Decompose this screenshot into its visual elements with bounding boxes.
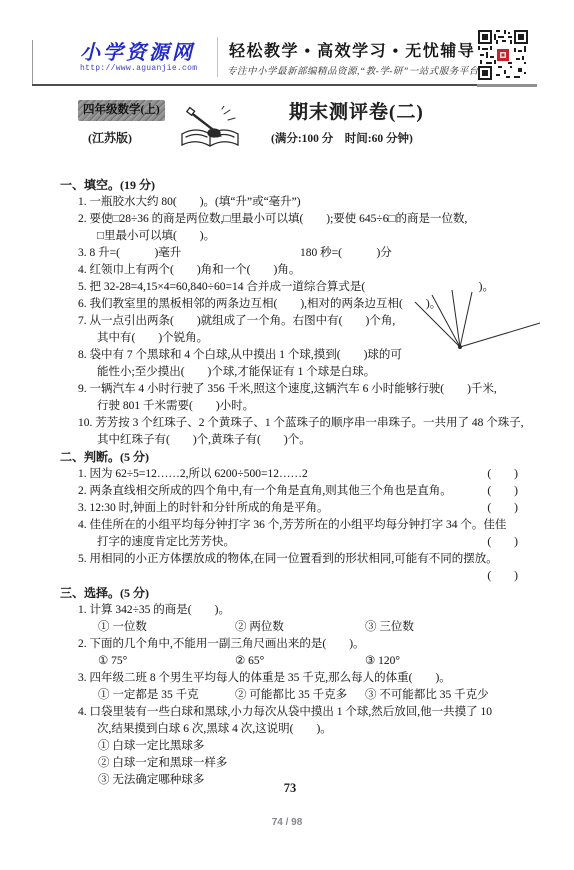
option-row: ① 一位数 ② 两位数 ③ 三位数 [60,619,520,636]
pagination-indicator: 74 / 98 [0,817,574,828]
section-heading-judge: 二、判断。(5 分) [60,449,520,466]
question-line: 其中有( )个锐角。 [60,330,520,347]
answer-paren: ( ) [487,466,520,483]
header-subline: 专注中小学最新部编精品资源,“教-学-研”一站式服务平台! [227,63,482,77]
question-line: 1. 因为 62÷5=12……2,所以 6200÷500=12……2 ( ) [60,466,520,483]
question-line: 次,结果摸到白球 6 次,黑球 4 次,这说明( )。 [60,721,520,738]
question-text: 3. 8 升=( )毫升 [78,247,181,259]
question-line: 1. 计算 342÷35 的商是( )。 [60,602,520,619]
section-heading-fill: 一、填空。(19 分) [60,177,520,194]
header-divider [217,37,218,77]
paper-body: 一、填空。(19 分) 1. 一瓶胶水大约 80( )。(填“升”或“毫升”) … [60,177,520,789]
option: ③ 三位数 [365,619,414,636]
question-line: 5. 把 32-28=4,15×4=60,840÷60=14 合并成一道综合算式… [60,279,520,296]
qr-code-icon [478,30,528,80]
section-heading-choice: 三、选择。(5 分) [60,585,520,602]
question-line: 3. 12:30 时,钟面上的时针和分针所成的角是平角。 ( ) [60,500,520,517]
exam-meta: (满分:100 分 时间:60 分钟) [271,130,413,146]
question-text: 3. 12:30 时,钟面上的时针和分针所成的角是平角。 [78,500,328,517]
question-line: 10. 芳芳按 3 个红珠子、2 个黄珠子、1 个蓝珠子的顺序串一串珠子。一共用… [60,415,520,432]
question-line: 4. 口袋里装有一些白球和黑球,小力每次从袋中摸出 1 个球,然后放回,他一共摸… [60,704,520,721]
option: ③ 不可能都比 35 千克少 [365,687,489,704]
question-line: 2. 要使□28÷36 的商是两位数,□里最小可以填( );要使 645÷6□的… [60,211,520,228]
question-line: 其中红珠子有( )个,黄珠子有( )个。 [60,432,520,449]
header-rule-accent [477,84,537,87]
site-url: http://www.aguanjie.com [80,64,197,73]
edition-label: (江苏版) [88,129,132,146]
question-text: 打字的速度肯定比芳芳快。 [97,534,235,551]
question-line: 3. 8 升=( )毫升 180 秒=( )分 [60,245,520,262]
answer-paren: ( ) [487,568,520,585]
answer-paren: ( ) [487,500,520,517]
answer-paren: ( ) [487,483,520,500]
option: ② 白球一定和黑球一样多 [60,755,520,772]
page-number: 73 [60,781,520,796]
question-line: 打字的速度肯定比芳芳快。 ( ) [60,534,520,551]
question-text: 2. 两条直线相交所成的四个角中,有一个角是直角,则其他三个角也是直角。 [78,483,452,500]
option: ① 白球一定比黑球多 [60,738,520,755]
question-line: 1. 一瓶胶水大约 80( )。(填“升”或“毫升”) [60,194,520,211]
grade-badge: 四年级数学(上) [78,100,165,121]
question-text: 5. 把 32-28=4,15×4=60,840÷60=14 合并成一道综合算式… [78,279,365,296]
question-line: 9. 一辆汽车 4 小时行驶了 356 千米,照这个速度,这辆汽车 6 小时能够… [60,381,520,398]
question-text-col2: 180 秒=( )分 [300,245,392,262]
question-line: □里最小可以填( )。 [60,228,520,245]
question-line: 4. 红领巾上有两个( )角和一个( )角。 [60,262,520,279]
site-logo: 小学资源网 [80,36,195,65]
option-row: ① 75° ② 65° ③ 120° [60,653,520,670]
question-text: 1. 因为 62÷5=12……2,所以 6200÷500=12……2 [78,466,308,483]
question-line: 8. 袋中有 7 个黑球和 4 个白球,从中摸出 1 个球,摸到( )球的可 [60,347,520,364]
answer-paren: ( ) [487,534,520,551]
header-tagline: 轻松教学 • 高效学习 • 无忧辅导 [229,38,475,61]
book-and-pen-illustration [176,106,246,152]
scanned-test-paper: 小学资源网 http://www.aguanjie.com 轻松教学 • 高效学… [0,0,574,870]
question-line: 5. 用相同的小正方体摆放成的物体,在同一位置看到的形状相同,可能有不同的摆放。 [60,551,520,568]
option: ① 一位数 [98,619,235,636]
header-rule [32,84,529,86]
question-line: 能性小;至少摸出( )个球,才能保证有 1 个球是白球。 [60,364,520,381]
question-line: 3. 四年级二班 8 个男生平均每人的体重是 35 千克,那么每人的体重( )。 [60,670,520,687]
question-line: 行驶 801 千米需要( )小时。 [60,398,520,415]
option: ② 两位数 [235,619,365,636]
blank-close-paren: )。 [479,279,520,296]
option-row: ① 一定都是 35 千克 ② 可能都比 35 千克多 ③ 不可能都比 35 千克… [60,687,520,704]
question-line: ( ) [60,568,520,585]
exam-title: 期末测评卷(二) [289,97,424,124]
crop-mark [32,40,33,85]
question-line: 2. 两条直线相交所成的四个角中,有一个角是直角,则其他三个角也是直角。 ( ) [60,483,520,500]
question-line: 6. 我们教室里的黑板相邻的两条边互相( ),相对的两条边互相( )。 [60,296,520,313]
option: ③ 120° [365,653,400,670]
question-line: 7. 从一点引出两条( )就组成了一个角。右图中有( )个角, [60,313,520,330]
option: ① 一定都是 35 千克 [98,687,235,704]
question-line: 2. 下面的几个角中,不能用一副三角尺画出来的是( )。 [60,636,520,653]
option: ② 65° [235,653,365,670]
question-line: 4. 佳佳所在的小组平均每分钟打字 36 个,芳芳所在的小组平均每分钟打字 34… [60,517,520,534]
option: ① 75° [98,653,235,670]
option: ② 可能都比 35 千克多 [235,687,365,704]
